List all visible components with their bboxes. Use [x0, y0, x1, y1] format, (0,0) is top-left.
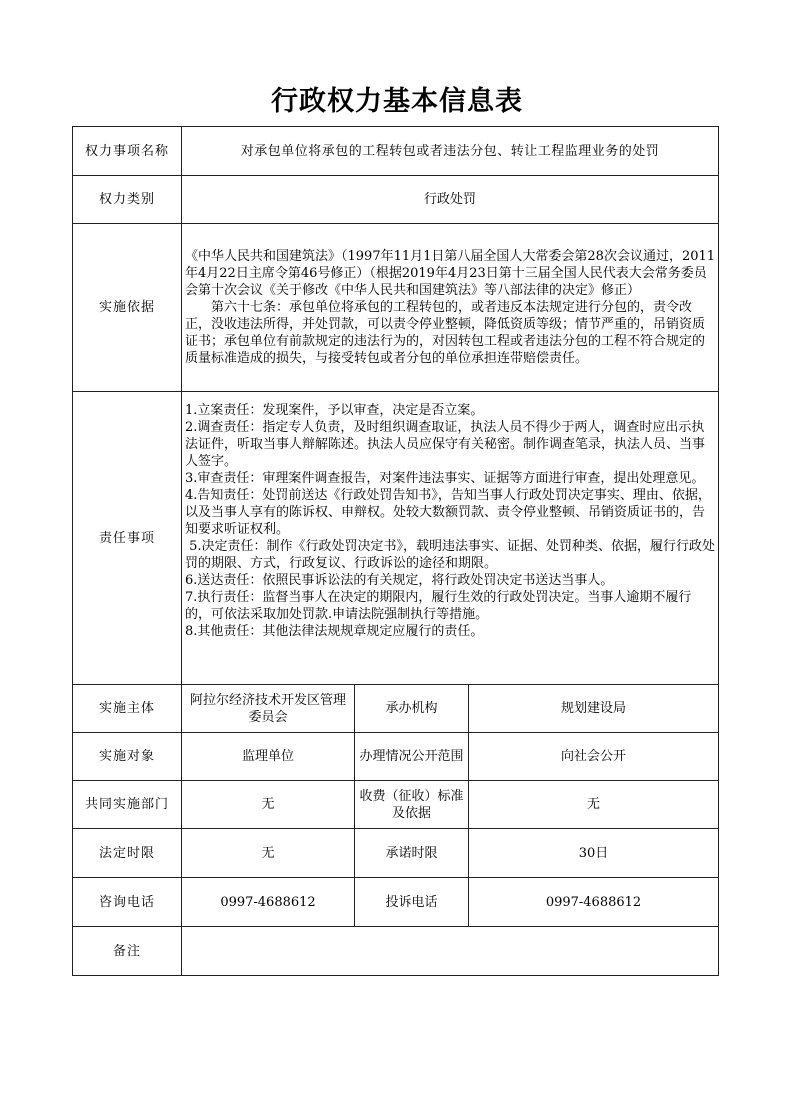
row-implementing-body: 实施主体 阿拉尔经济技术开发区管理委员会 承办机构 规划建设局: [73, 685, 719, 733]
power-item-name-value: 对承包单位将承包的工程转包或者违法分包、转让工程监理业务的处罚: [182, 127, 719, 176]
responsibility-item: 1.立案责任：发现案件，予以审查，决定是否立案。: [185, 402, 716, 419]
responsibilities-label: 责任事项: [73, 392, 182, 685]
legal-time-limit-value: 无: [182, 829, 355, 878]
promised-time-limit-label: 承诺时限: [355, 829, 469, 878]
power-category-value: 行政处罚: [182, 176, 719, 224]
legal-basis-value: 《中华人民共和国建筑法》（1997年11月1日第八届全国人大常委会第28次会议通…: [182, 224, 719, 392]
row-target: 实施对象 监理单位 办理情况公开范围 向社会公开: [73, 733, 719, 781]
target-label: 实施对象: [73, 733, 182, 781]
fee-standard-value: 无: [469, 781, 719, 829]
responsibility-item: 8.其他责任：其他法律法规规章规定应履行的责任。: [185, 623, 716, 640]
power-item-name-label: 权力事项名称: [73, 127, 182, 176]
row-joint-department: 共同实施部门 无 收费（征收）标准及依据 无: [73, 781, 719, 829]
row-power-category: 权力类别 行政处罚: [73, 176, 719, 224]
legal-time-limit-label: 法定时限: [73, 829, 182, 878]
implementing-body-label: 实施主体: [73, 685, 182, 733]
handling-agency-value: 规划建设局: [469, 685, 719, 733]
complaint-phone-value: 0997-4688612: [469, 878, 719, 927]
row-remarks: 备注: [73, 927, 719, 976]
responsibilities-value: 1.立案责任：发现案件，予以审查，决定是否立案。 2.调查责任：指定专人负责，及…: [182, 392, 719, 685]
responsibility-item: 3.审查责任：审理案件调查报告，对案件违法事实、证据等方面进行审查，提出处理意见…: [185, 470, 716, 487]
responsibility-item: 6.送达责任：依照民事诉讼法的有关规定，将行政处罚决定书送达当事人。: [185, 572, 716, 589]
disclosure-scope-label: 办理情况公开范围: [355, 733, 469, 781]
responsibility-item: 5.决定责任：制作《行政处罚决定书》，载明违法事实、证据、处罚种类、依据，履行行…: [185, 538, 716, 572]
consult-phone-label: 咨询电话: [73, 878, 182, 927]
responsibility-item: 4.告知责任：处罚前送达《行政处罚告知书》，告知当事人行政处罚决定事实、理由、依…: [185, 487, 716, 538]
power-category-label: 权力类别: [73, 176, 182, 224]
promised-time-limit-value: 30日: [469, 829, 719, 878]
target-value: 监理单位: [182, 733, 355, 781]
page-title: 行政权力基本信息表: [0, 84, 794, 120]
row-phone: 咨询电话 0997-4688612 投诉电话 0997-4688612: [73, 878, 719, 927]
legal-basis-paragraph: 第六十七条：承包单位将承包的工程转包的，或者违反本法规定进行分包的，责令改正，没…: [185, 299, 716, 367]
row-power-item-name: 权力事项名称 对承包单位将承包的工程转包或者违法分包、转让工程监理业务的处罚: [73, 127, 719, 176]
row-responsibilities: 责任事项 1.立案责任：发现案件，予以审查，决定是否立案。 2.调查责任：指定专…: [73, 392, 719, 685]
consult-phone-value: 0997-4688612: [182, 878, 355, 927]
row-time-limit: 法定时限 无 承诺时限 30日: [73, 829, 719, 878]
fee-standard-label: 收费（征收）标准及依据: [355, 781, 469, 829]
disclosure-scope-value: 向社会公开: [469, 733, 719, 781]
legal-basis-paragraph: 《中华人民共和国建筑法》（1997年11月1日第八届全国人大常委会第28次会议通…: [185, 248, 716, 299]
remarks-value: [182, 927, 719, 976]
complaint-phone-label: 投诉电话: [355, 878, 469, 927]
handling-agency-label: 承办机构: [355, 685, 469, 733]
responsibility-item: 7.执行责任：监督当事人在决定的期限内，履行生效的行政处罚决定。当事人逾期不履行…: [185, 589, 716, 623]
info-table: 权力事项名称 对承包单位将承包的工程转包或者违法分包、转让工程监理业务的处罚 权…: [72, 126, 719, 976]
remarks-label: 备注: [73, 927, 182, 976]
joint-department-value: 无: [182, 781, 355, 829]
implementing-body-value: 阿拉尔经济技术开发区管理委员会: [182, 685, 355, 733]
responsibility-item: 2.调查责任：指定专人负责，及时组织调查取证，执法人员不得少于两人，调查时应出示…: [185, 419, 716, 470]
joint-department-label: 共同实施部门: [73, 781, 182, 829]
legal-basis-label: 实施依据: [73, 224, 182, 392]
row-legal-basis: 实施依据 《中华人民共和国建筑法》（1997年11月1日第八届全国人大常委会第2…: [73, 224, 719, 392]
